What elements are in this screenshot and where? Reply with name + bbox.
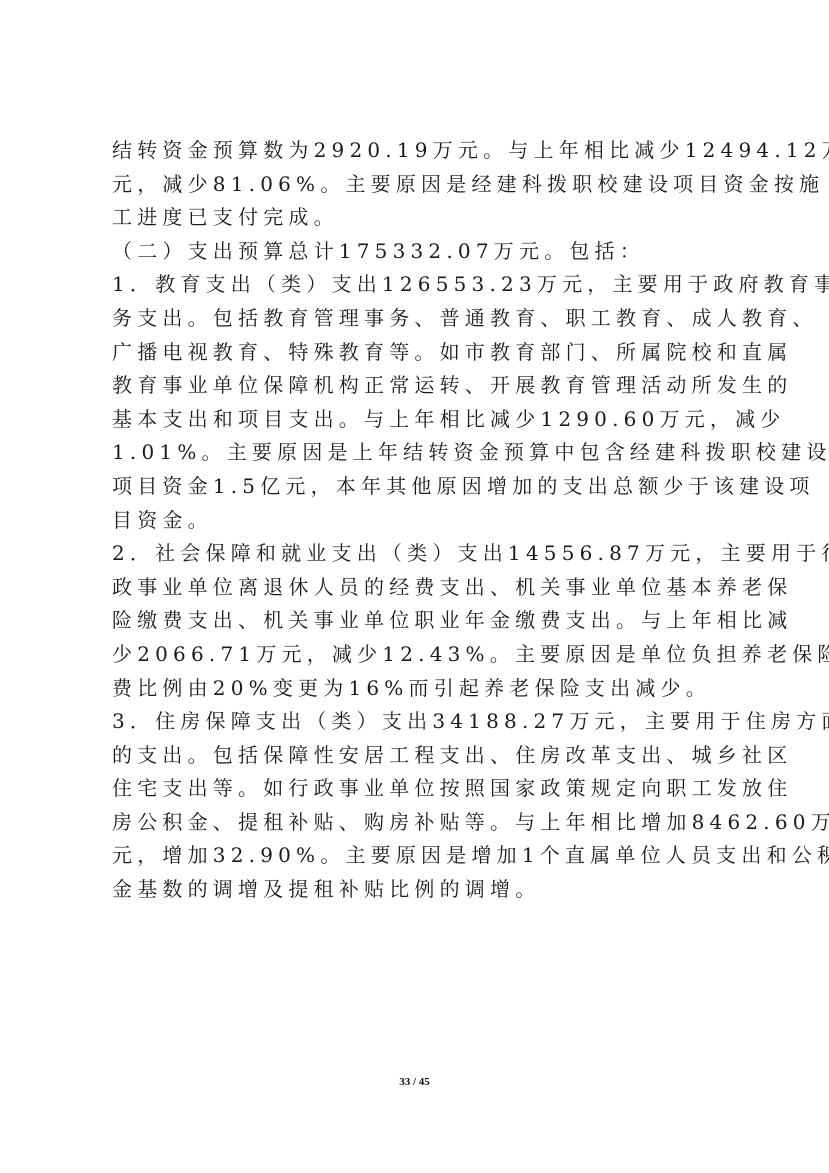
text-line: 的支出。包括保障性安居工程支出、住房改革支出、城乡社区 bbox=[112, 739, 718, 773]
text-line: 政事业单位离退休人员的经费支出、机关事业单位基本养老保 bbox=[112, 571, 718, 605]
text-line: 教育事业单位保障机构正常运转、开展教育管理活动所发生的 bbox=[112, 369, 718, 403]
text-line: 元，减少81.06%。主要原因是经建科拨职校建设项目资金按施 bbox=[112, 168, 718, 202]
text-line: 金基数的调增及提租补贴比例的调增。 bbox=[112, 873, 718, 907]
text-line: 目资金。 bbox=[112, 504, 718, 538]
text-line: 1．教育支出（类）支出126553.23万元，主要用于政府教育事 bbox=[112, 268, 718, 302]
text-line: 结转资金预算数为2920.19万元。与上年相比减少12494.12万 bbox=[112, 134, 718, 168]
text-line: 项目资金1.5亿元，本年其他原因增加的支出总额少于该建设项 bbox=[112, 470, 718, 504]
text-line: 元，增加32.90%。主要原因是增加1个直属单位人员支出和公积 bbox=[112, 839, 718, 873]
paragraph-item-1-education: 1．教育支出（类）支出126553.23万元，主要用于政府教育事 务支出。包括教… bbox=[112, 268, 718, 537]
text-line: 少2066.71万元，减少12.43%。主要原因是单位负担养老保险缴 bbox=[112, 638, 718, 672]
paragraph-expenditure-total: （二）支出预算总计175332.07万元。包括： bbox=[112, 235, 718, 269]
text-line: 务支出。包括教育管理事务、普通教育、职工教育、成人教育、 bbox=[112, 302, 718, 336]
page-number: 33 / 45 bbox=[0, 1076, 829, 1088]
text-line: 2．社会保障和就业支出（类）支出14556.87万元，主要用于行 bbox=[112, 537, 718, 571]
paragraph-carryover-funds: 结转资金预算数为2920.19万元。与上年相比减少12494.12万 元，减少8… bbox=[112, 134, 718, 235]
text-line: 险缴费支出、机关事业单位职业年金缴费支出。与上年相比减 bbox=[112, 604, 718, 638]
text-line: 基本支出和项目支出。与上年相比减少1290.60万元，减少 bbox=[112, 403, 718, 437]
text-line: 费比例由20%变更为16%而引起养老保险支出减少。 bbox=[112, 672, 718, 706]
paragraph-item-2-social-security: 2．社会保障和就业支出（类）支出14556.87万元，主要用于行 政事业单位离退… bbox=[112, 537, 718, 705]
document-page: 结转资金预算数为2920.19万元。与上年相比减少12494.12万 元，减少8… bbox=[0, 0, 829, 1173]
paragraph-item-3-housing: 3．住房保障支出（类）支出34188.27万元，主要用于住房方面 的支出。包括保… bbox=[112, 705, 718, 907]
section-heading: （二）支出预算总计175332.07万元。包括： bbox=[112, 235, 718, 269]
text-line: 广播电视教育、特殊教育等。如市教育部门、所属院校和直属 bbox=[112, 336, 718, 370]
text-line: 工进度已支付完成。 bbox=[112, 201, 718, 235]
text-line: 1.01%。主要原因是上年结转资金预算中包含经建科拨职校建设 bbox=[112, 436, 718, 470]
text-line: 房公积金、提租补贴、购房补贴等。与上年相比增加8462.60万 bbox=[112, 806, 718, 840]
document-body: 结转资金预算数为2920.19万元。与上年相比减少12494.12万 元，减少8… bbox=[112, 134, 718, 907]
text-line: 3．住房保障支出（类）支出34188.27万元，主要用于住房方面 bbox=[112, 705, 718, 739]
text-line: 住宅支出等。如行政事业单位按照国家政策规定向职工发放住 bbox=[112, 772, 718, 806]
